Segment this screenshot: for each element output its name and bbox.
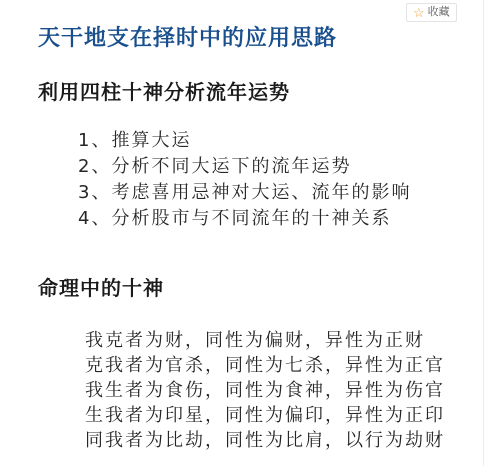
star-icon: ☆ <box>413 6 425 19</box>
list-item: 4、分析股市与不同流年的十神关系 <box>78 206 499 232</box>
shishen-line: 生我者为印星，同性为偏印，异性为正印 <box>85 403 499 428</box>
list-item: 3、考虑喜用忌神对大运、流年的影响 <box>78 180 499 206</box>
section-heading-shishen: 命理中的十神 <box>38 276 499 300</box>
shishen-definition-block: 我克者为财，同性为偏财，异性为正财 克我者为官杀，同性为七杀，异性为正官 我生者… <box>85 328 499 453</box>
shishen-line: 我生者为食伤，同性为食神，异性为伤官 <box>85 378 499 403</box>
list-item: 2、分析不同大运下的流年运势 <box>78 154 499 180</box>
page-right-divider <box>483 0 484 466</box>
favorite-button[interactable]: ☆ 收藏 <box>406 3 457 22</box>
page-title: 天干地支在择时中的应用思路 <box>38 26 499 52</box>
section-heading-liunian: 利用四柱十神分析流年运势 <box>38 80 499 104</box>
shishen-line: 我克者为财，同性为偏财，异性为正财 <box>85 328 499 353</box>
shishen-line: 克我者为官杀，同性为七杀，异性为正官 <box>85 353 499 378</box>
favorite-button-label: 收藏 <box>428 7 450 18</box>
shishen-line: 同我者为比劫，同性为比肩，以行为劫财 <box>85 428 499 453</box>
list-item: 1、推算大运 <box>78 128 499 154</box>
document-page: ☆ 收藏 天干地支在择时中的应用思路 利用四柱十神分析流年运势 1、推算大运 2… <box>0 0 499 466</box>
analysis-steps-list: 1、推算大运 2、分析不同大运下的流年运势 3、考虑喜用忌神对大运、流年的影响 … <box>78 128 499 232</box>
